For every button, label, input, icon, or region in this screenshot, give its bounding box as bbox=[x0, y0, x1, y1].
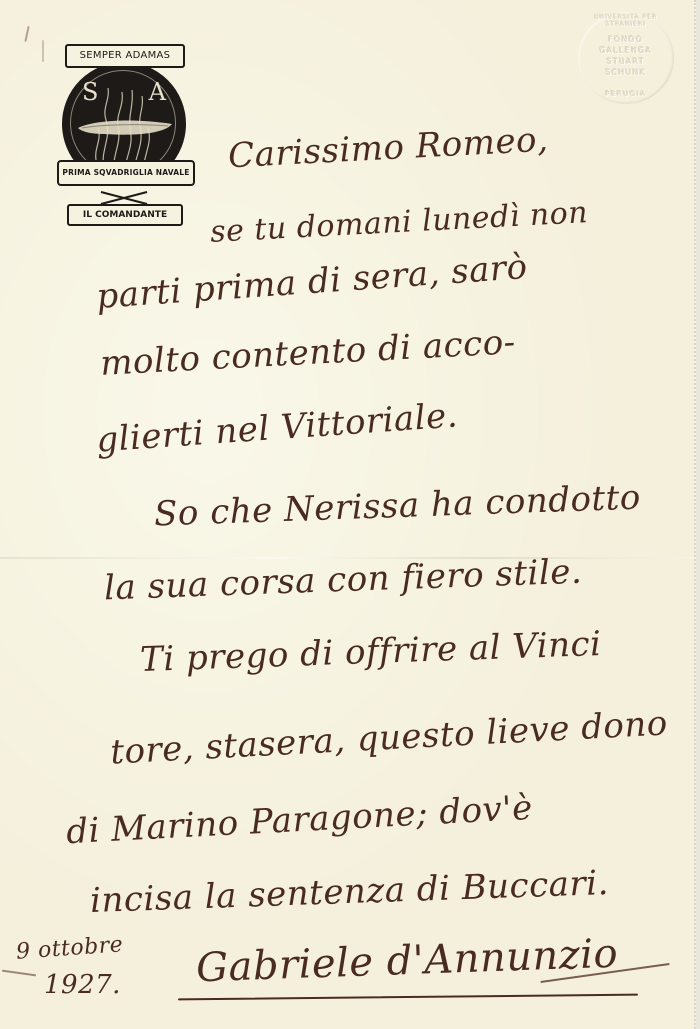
stamp-ring-text: UNIVERSITÀ PER STRANIERI bbox=[578, 14, 674, 28]
commander-banner: IL COMANDANTE bbox=[67, 204, 183, 226]
letter-line: incisa la sentenza di Buccari. bbox=[89, 863, 609, 921]
ink-mark bbox=[24, 26, 29, 42]
embossed-library-stamp: UNIVERSITÀ PER STRANIERI FONDO GALLENGA … bbox=[578, 12, 674, 104]
letter-line: se tu domani lunedì non bbox=[209, 195, 589, 250]
signature-underline bbox=[178, 994, 638, 1001]
salutation: Carissimo Romeo, bbox=[227, 120, 549, 177]
stamp-center-text: FONDO GALLENGA STUART SCHUNK bbox=[578, 34, 674, 78]
letter-line: glierti nel Vittoriale. bbox=[95, 395, 459, 460]
letter-line: Ti prego di offrire al Vinci bbox=[139, 624, 602, 680]
date-flourish bbox=[2, 970, 36, 977]
date-day: 9 ottobre bbox=[15, 932, 124, 964]
letter-line: di Marino Paragone; dov'è bbox=[65, 788, 533, 852]
letter-line: molto contento di acco- bbox=[99, 322, 516, 384]
letter-line: la sua corsa con fiero stile. bbox=[103, 552, 582, 609]
letter-paper: S A SEMPER ADAMAS PRIMA SQVADRIGLIA NAVA… bbox=[0, 0, 696, 1029]
stamp-line: GALLENGA bbox=[578, 45, 674, 56]
squadron-ribbon: PRIMA SQVADRIGLIA NAVALE bbox=[57, 152, 191, 192]
letter-line: So che Nerissa ha condotto bbox=[153, 478, 641, 535]
letterhead-crest: S A SEMPER ADAMAS PRIMA SQVADRIGLIA NAVA… bbox=[57, 44, 191, 230]
stamp-line: STUART bbox=[578, 56, 674, 67]
letter-line: tore, stasera, questo lieve dono bbox=[109, 703, 668, 772]
squadron-ribbon-text: PRIMA SQVADRIGLIA NAVALE bbox=[57, 160, 195, 186]
stamp-line: FONDO bbox=[578, 34, 674, 45]
date-year: 1927. bbox=[44, 970, 121, 1000]
letter-line: parti prima di sera, sarò bbox=[95, 247, 529, 317]
ink-mark bbox=[42, 40, 44, 62]
stamp-city: PERUGIA bbox=[578, 90, 674, 98]
stamp-line: SCHUNK bbox=[578, 67, 674, 78]
motto-banner: SEMPER ADAMAS bbox=[65, 44, 185, 68]
signature: Gabriele d'Annunzio bbox=[195, 931, 619, 992]
paper-fold-crease bbox=[0, 557, 694, 559]
